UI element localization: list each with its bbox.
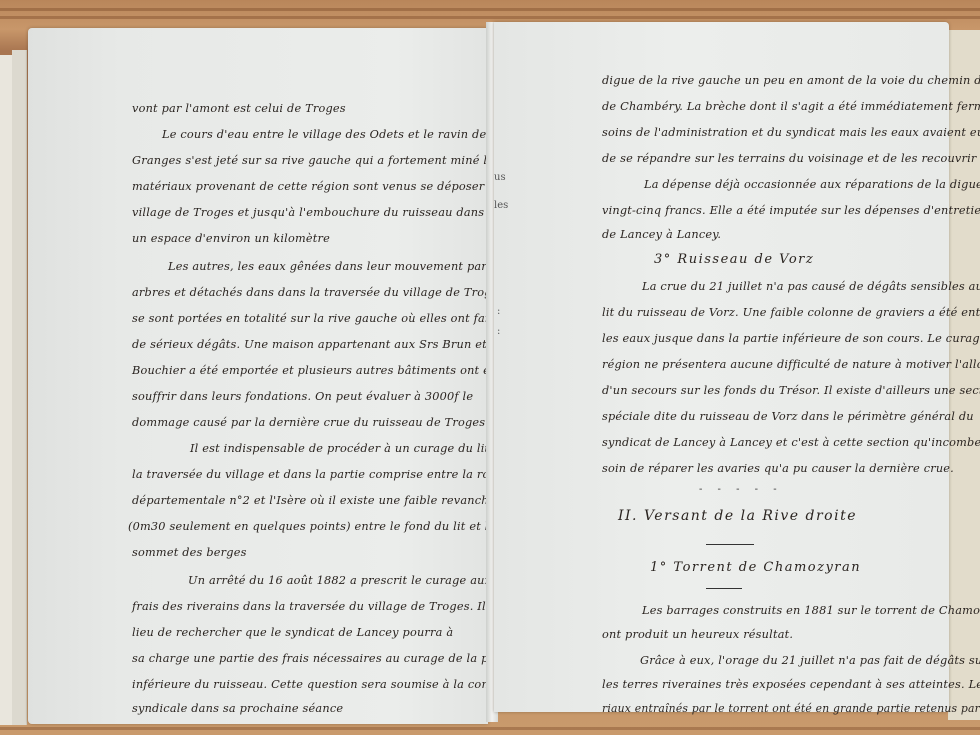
text-line: digue de la rive gauche un peu en amont … — [602, 74, 980, 87]
text-line: les eaux jusque dans la partie inférieur… — [602, 332, 980, 345]
wood-grain — [0, 8, 980, 11]
text-line: lieu de rechercher que le syndicat de La… — [132, 626, 453, 639]
text-line: Bouchier a été emportée et plusieurs aut… — [132, 364, 508, 377]
text-line: riaux entraînés par le torrent ont été e… — [602, 702, 980, 715]
wood-grain — [0, 727, 980, 730]
margin-mark: : — [497, 326, 500, 337]
text-line: souffrir dans leurs fondations. On peut … — [132, 390, 473, 403]
text-line: la traversée du village et dans la parti… — [132, 468, 509, 481]
text-line: dommage causé par la dernière crue du ru… — [132, 416, 485, 429]
text-line: ont produit un heureux résultat. — [602, 628, 793, 641]
text-line: sommet des berges — [132, 546, 247, 559]
text-line: inférieure du ruisseau. Cette question s… — [132, 678, 537, 691]
text-line: La crue du 21 juillet n'a pas causé de d… — [642, 280, 980, 293]
text-line: Il est indispensable de procéder à un cu… — [190, 442, 521, 455]
separator-dashes: - - - - - — [699, 484, 783, 495]
text-line: se sont portées en totalité sur la rive … — [132, 312, 494, 325]
text-line: lit du ruisseau de Vorz. Une faible colo… — [602, 306, 980, 319]
left-page: vont par l'amont est celui de Troges Le … — [28, 28, 488, 724]
right-page: digue de la rive gauche un peu en amont … — [494, 22, 949, 712]
subheading-underline — [706, 588, 742, 589]
text-line: d'un secours sur les fonds du Trésor. Il… — [602, 384, 980, 397]
text-line: Les barrages construits en 1881 sur le t… — [642, 604, 980, 617]
text-line: départementale n°2 et l'Isère où il exis… — [132, 494, 496, 507]
text-line: Grâce à eux, l'orage du 21 juillet n'a p… — [640, 654, 980, 667]
text-line: matériaux provenant de cette région sont… — [132, 180, 533, 193]
margin-mark: les — [494, 200, 508, 211]
text-line: vont par l'amont est celui de Troges — [132, 102, 346, 115]
text-line: de Chambéry. La brèche dont il s'agit a … — [602, 100, 980, 113]
book-edge-left-inner — [12, 50, 27, 725]
section-heading-ruisseau-de-vorz: 3° Ruisseau de Vorz — [654, 252, 814, 267]
text-line: syndicale dans sa prochaine séance — [132, 702, 343, 715]
text-line: vingt-cinq francs. Elle a été imputée su… — [602, 204, 980, 217]
text-line: sa charge une partie des frais nécessair… — [132, 652, 517, 665]
text-line: Un arrêté du 16 août 1882 a prescrit le … — [188, 574, 491, 587]
text-line: de sérieux dégâts. Une maison appartenan… — [132, 338, 487, 351]
text-line: La dépense déjà occasionnée aux réparati… — [644, 178, 980, 191]
text-line: Granges s'est jeté sur sa rive gauche qu… — [132, 154, 500, 167]
text-line: arbres et détachés dans dans la traversé… — [132, 286, 505, 299]
text-line: soin de réparer les avaries qu'a pu caus… — [602, 462, 954, 475]
text-line: syndicat de Lancey à Lancey et c'est à c… — [602, 436, 980, 449]
heading-underline — [706, 544, 754, 545]
wood-grain — [0, 16, 980, 19]
margin-mark: us — [494, 172, 506, 183]
text-line: un espace d'environ un kilomètre — [132, 232, 330, 245]
text-line: de Lancey à Lancey. — [602, 228, 721, 241]
section-heading-versant-rive-droite: II. Versant de la Rive droite — [618, 508, 857, 524]
text-line: (0m30 seulement en quelques points) entr… — [128, 520, 495, 533]
text-line: Le cours d'eau entre le village des Odet… — [162, 128, 524, 141]
text-line: spéciale dite du ruisseau de Vorz dans l… — [602, 410, 974, 423]
text-line: soins de l'administration et du syndicat… — [602, 126, 980, 139]
subheading-torrent-de-chamozyran: 1° Torrent de Chamozyran — [650, 560, 861, 575]
text-line: les terres riveraines très exposées cepe… — [602, 678, 980, 691]
text-line: région ne présentera aucune difficulté d… — [602, 358, 980, 371]
margin-mark: : — [497, 306, 500, 317]
text-line: de se répandre sur les terrains du voisi… — [602, 152, 980, 165]
text-line: frais des riverains dans la traversée du… — [132, 600, 507, 613]
